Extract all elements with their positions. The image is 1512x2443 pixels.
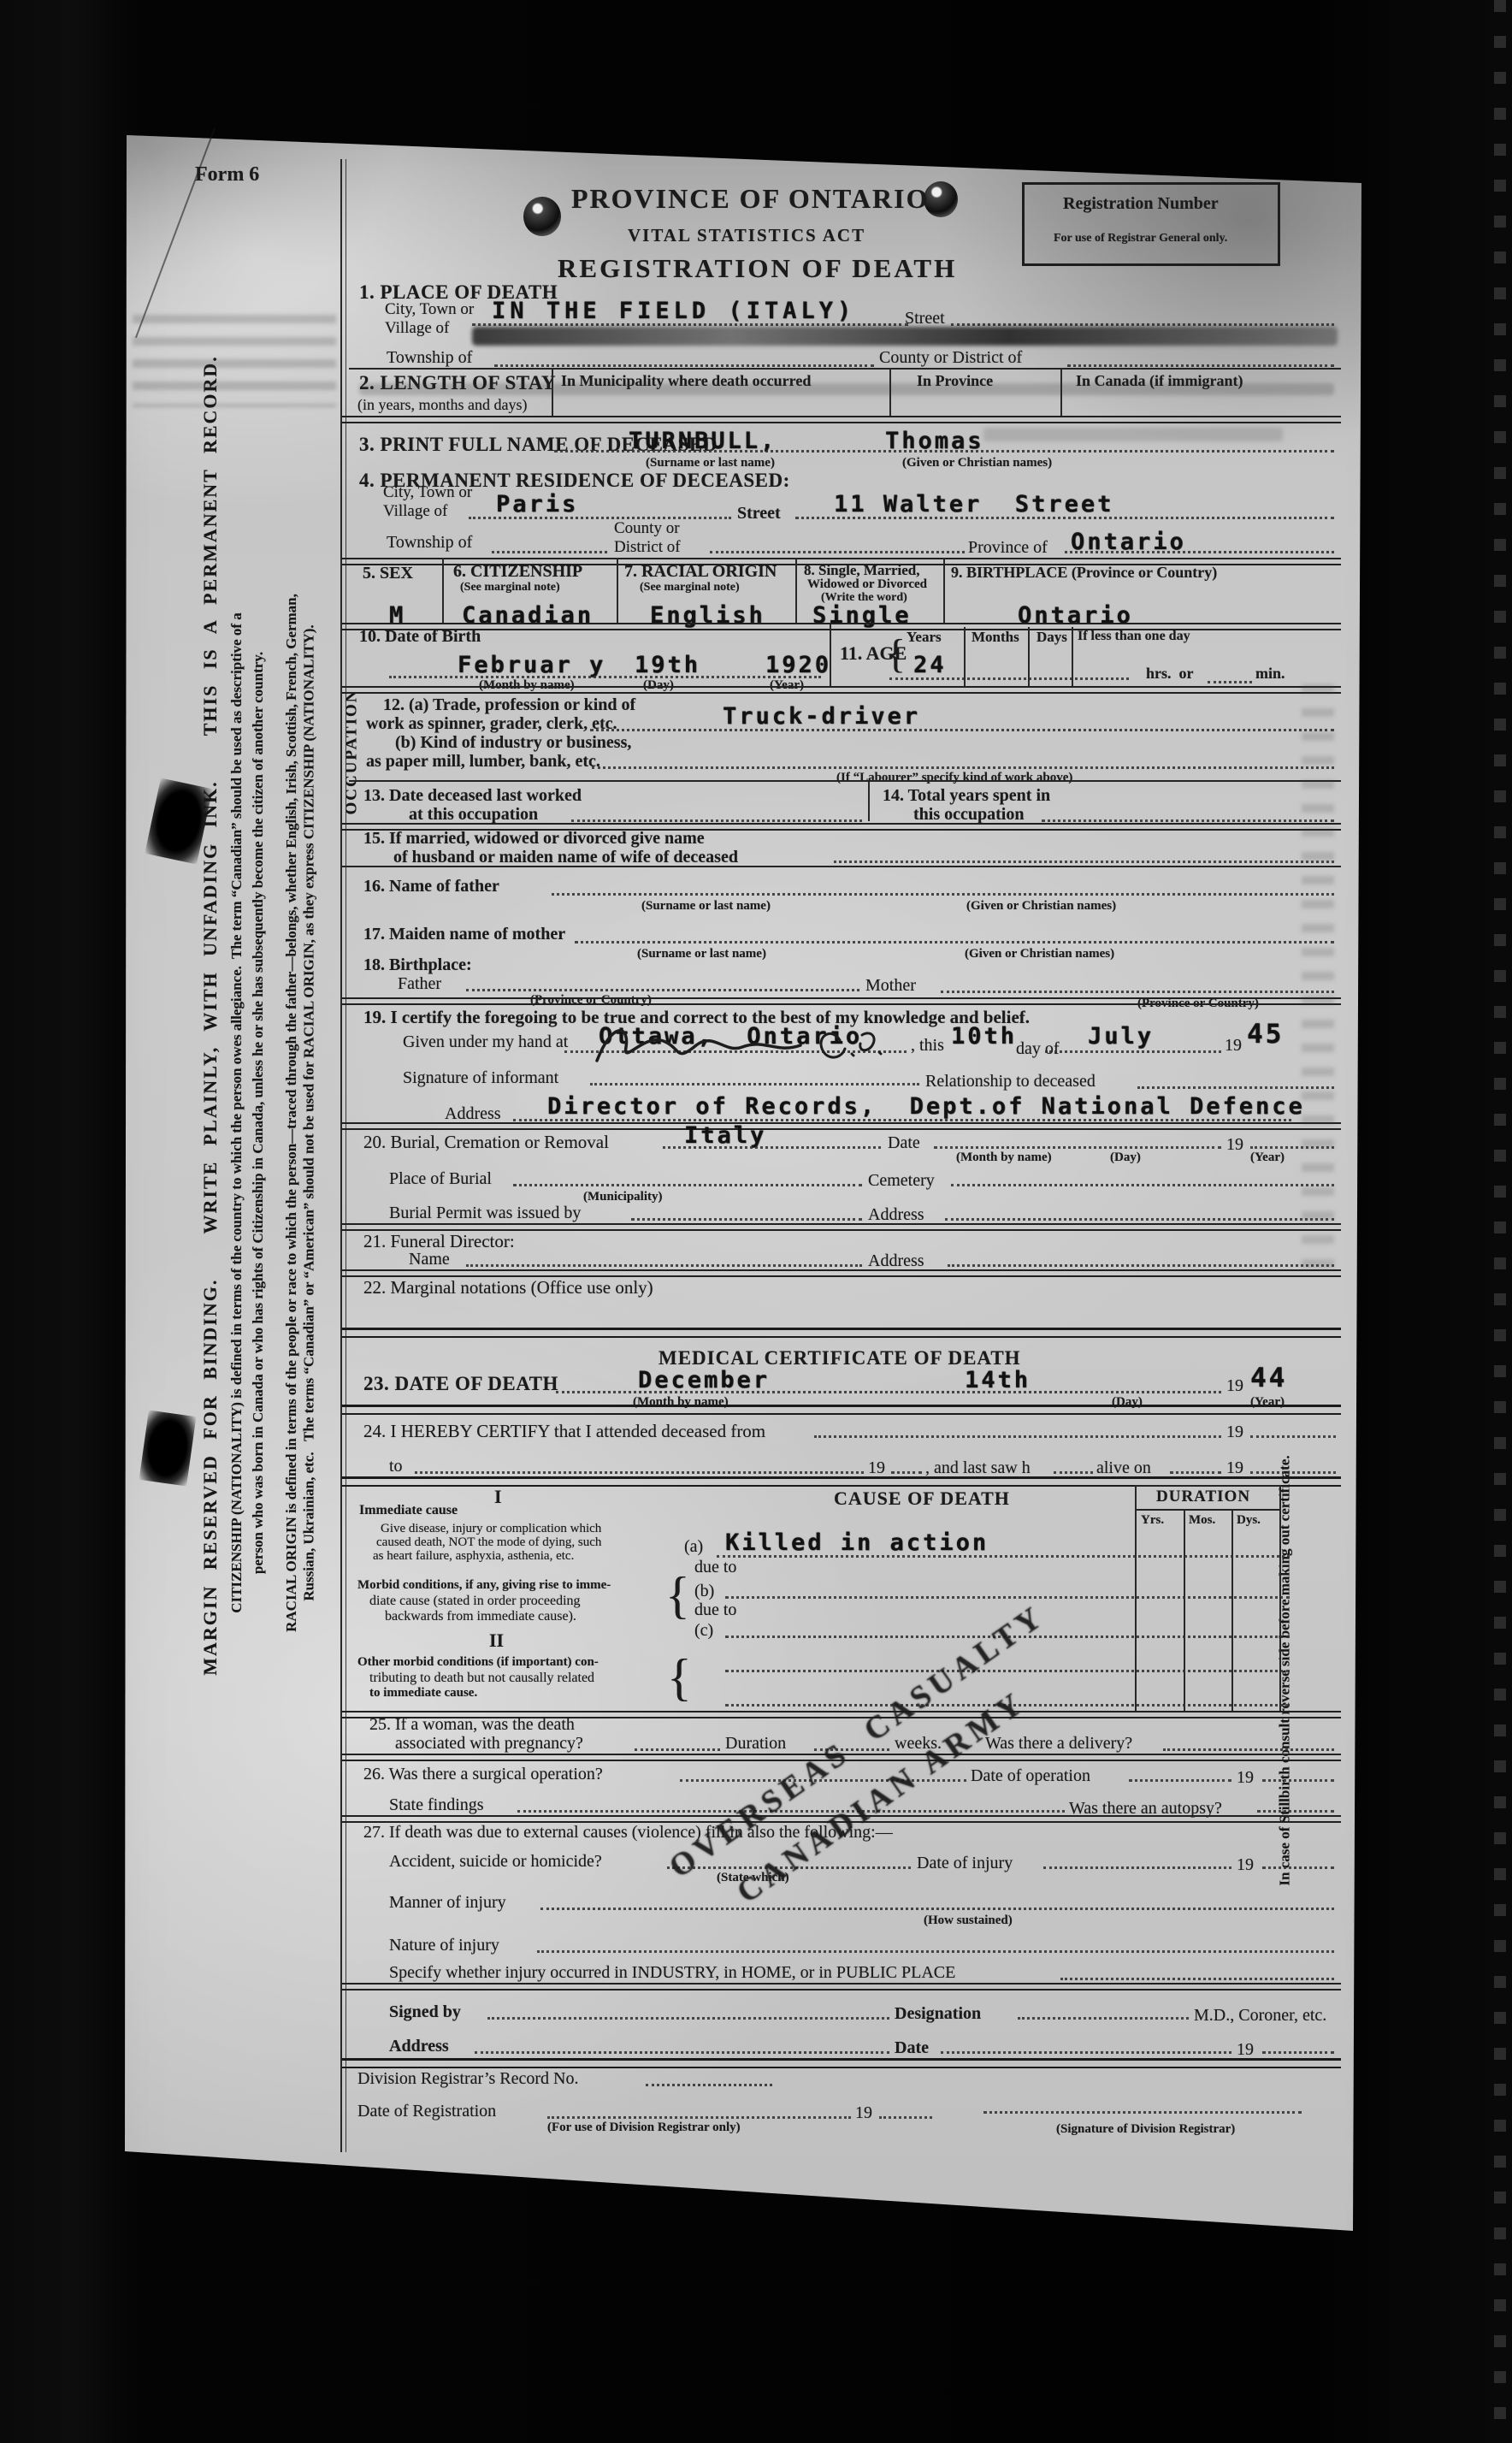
year-prefix: 19 — [1226, 1459, 1243, 1477]
column-divider — [617, 558, 618, 623]
cause-part2-label: II — [489, 1630, 504, 1650]
burial-date-label: Date — [888, 1134, 920, 1152]
marital-heading-2: Widowed or Divorced — [807, 578, 927, 592]
mother-name-label: 17. Maiden name of mother — [363, 926, 565, 943]
surgical-operation-label: 26. Was there a surgical operation? — [363, 1766, 603, 1783]
dotted-line — [891, 1471, 922, 1474]
signed-by-label: Signed by — [389, 2003, 461, 2021]
brace: { — [665, 1569, 690, 1623]
date-injury-label: Date of injury — [917, 1854, 1013, 1872]
dotted-line — [592, 766, 1334, 769]
racial-origin-note: (See marginal note) — [640, 582, 740, 594]
total-years-label-1: 14. Total years spent in — [883, 787, 1050, 805]
last-saw-label: , and last saw h — [925, 1459, 1031, 1477]
dotted-line — [889, 677, 1129, 680]
hereby-certify-label: 24. I HEREBY CERTIFY that I attended dec… — [363, 1422, 765, 1440]
informant-address-value: Director of Records, Dept.of National De… — [547, 1095, 1305, 1118]
microfilm-frame: MARGIN RESERVED FOR BINDING. WRITE PLAIN… — [0, 0, 1512, 2443]
permit-address-label: Address — [868, 1206, 924, 1224]
duration-dys-col: Dys. — [1237, 1514, 1261, 1528]
cause-a-label: (a) — [684, 1538, 703, 1556]
dotted-line — [717, 1555, 1290, 1558]
street-label: Street — [905, 310, 945, 328]
form-border-line — [346, 159, 346, 2152]
surname-caption: (Surname or last name) — [641, 900, 771, 914]
immediate-cause-note-3: as heart failure, asphyxia, asthenia, et… — [373, 1550, 574, 1564]
brace: { — [886, 633, 906, 676]
father-label: Father — [398, 975, 441, 993]
given-name-caption: (Given or Christian names) — [966, 900, 1116, 914]
dotted-line — [1129, 1779, 1231, 1782]
dotted-line — [646, 2084, 772, 2086]
rule — [342, 1223, 1341, 1231]
dotted-line — [635, 1748, 720, 1751]
trade-label-1: 12. (a) Trade, profession or kind of — [383, 696, 635, 714]
labourer-note: (If “Labourer” specify kind of work abov… — [836, 772, 1072, 785]
county-label-1: County or — [614, 520, 680, 537]
year-prefix: 19 — [1226, 1136, 1243, 1154]
date-of-death-heading: 23. DATE OF DEATH — [363, 1374, 558, 1394]
how-sustained-caption: (How sustained) — [924, 1914, 1013, 1928]
dotted-line — [1060, 1978, 1334, 1980]
industry-label-2: as paper mill, lumber, bank, etc. — [366, 753, 600, 771]
village-label: Village of — [383, 503, 447, 520]
dotted-line — [941, 2051, 1231, 2054]
dotted-line — [1262, 2051, 1334, 2054]
column-divider — [943, 558, 945, 623]
year-prefix: 19 — [855, 2104, 872, 2122]
age-value: 24 — [913, 654, 947, 677]
dotted-line — [1065, 551, 1334, 553]
dotted-line — [590, 729, 1334, 731]
bleed-smudge — [359, 383, 1334, 395]
bleed-smudge — [133, 315, 336, 407]
dotted-line — [466, 989, 859, 991]
citizenship-note: (See marginal note) — [460, 582, 560, 594]
surname-caption: (Surname or last name) — [646, 457, 775, 470]
other-morbid-note-3: to immediate cause. — [369, 1687, 477, 1701]
dotted-line — [537, 1950, 1334, 1953]
due-to-label: due to — [694, 1559, 736, 1576]
dotted-line — [983, 2111, 1302, 2114]
sex-heading: 5. SEX — [363, 565, 413, 583]
surname-value: TURNBULL, — [629, 429, 777, 453]
dotted-line — [1018, 2017, 1189, 2020]
birth-month-value: Februar y — [458, 654, 605, 677]
dotted-line — [575, 941, 1334, 943]
age-less-than-day-col: If less than one day — [1078, 630, 1190, 644]
bleed-smudge — [1302, 684, 1334, 1283]
duration-mos-col: Mos. — [1189, 1514, 1215, 1528]
immediate-cause-label: Immediate cause — [359, 1504, 458, 1518]
column-divider — [442, 558, 444, 623]
bleed-smudge — [472, 327, 1338, 346]
address-label: Address — [445, 1105, 501, 1123]
given-name-value: Thomas — [885, 429, 984, 453]
pregnancy-label-1: 25. If a woman, was the death — [369, 1716, 575, 1734]
certify-year-value: 45 — [1247, 1021, 1284, 1048]
column-divider — [830, 624, 831, 686]
dotted-line — [556, 1391, 1221, 1393]
dotted-line — [1250, 1471, 1336, 1474]
place-of-death-value: IN THE FIELD (ITALY) — [492, 299, 855, 322]
certify-month-value: July — [1088, 1025, 1154, 1048]
binding-margin-text: MARGIN RESERVED FOR BINDING. WRITE PLAIN… — [199, 355, 221, 1676]
last-worked-label-1: 13. Date deceased last worked — [363, 787, 582, 805]
year-prefix: 19 — [1225, 1037, 1242, 1055]
dotted-line — [494, 364, 874, 367]
dotted-line — [466, 1264, 862, 1267]
rule — [1135, 1509, 1279, 1511]
rule — [342, 1269, 1341, 1277]
funeral-name-label: Name — [409, 1251, 450, 1269]
dotted-line — [472, 323, 908, 326]
dotted-line — [492, 551, 607, 553]
death-month-value: December — [638, 1369, 770, 1392]
cause-part1-label: I — [494, 1487, 502, 1506]
rule — [342, 623, 1341, 630]
dotted-line — [1170, 1471, 1221, 1474]
dotted-line — [1257, 1810, 1334, 1813]
dotted-line — [945, 1218, 1334, 1221]
dotted-line — [1250, 1435, 1336, 1438]
rule — [342, 1405, 1341, 1415]
column-divider — [868, 782, 870, 821]
rule — [1135, 1485, 1279, 1487]
dotted-line — [710, 551, 965, 553]
grommet-icon — [523, 197, 561, 236]
dotted-line — [554, 450, 1334, 453]
place-of-burial-label: Place of Burial — [389, 1170, 492, 1188]
rule — [342, 866, 1341, 867]
residence-street-value: 11 Walter Street — [834, 493, 1113, 516]
form-border-line — [340, 159, 342, 2152]
age-days-col: Days — [1037, 630, 1067, 645]
burial-permit-label: Burial Permit was issued by — [389, 1204, 581, 1222]
rule — [342, 686, 1341, 694]
punch-hole — [139, 1411, 197, 1487]
street-label: Street — [737, 505, 781, 523]
alive-on-label: alive on — [1096, 1459, 1151, 1477]
date-label: Date — [895, 2039, 929, 2057]
age-months-col: Months — [972, 630, 1019, 645]
cemetery-label: Cemetery — [868, 1172, 935, 1190]
dotted-line — [631, 1218, 862, 1221]
surname-caption: (Surname or last name) — [637, 948, 766, 961]
birth-day-value: 19th — [635, 654, 700, 677]
manner-injury-label: Manner of injury — [389, 1894, 506, 1912]
accident-label: Accident, suicide or homicide? — [389, 1853, 602, 1871]
pregnancy-label-2: associated with pregnancy? — [395, 1735, 583, 1753]
dotted-line — [1262, 1779, 1334, 1782]
rule — [342, 1122, 1341, 1130]
dotted-line — [725, 1670, 1290, 1672]
date-registration-label: Date of Registration — [357, 2103, 496, 2121]
municipality-caption: (Municipality) — [583, 1191, 663, 1204]
form-number: Form 6 — [195, 164, 259, 186]
residence-province-value: Ontario — [1071, 530, 1186, 553]
province-label: Province of — [968, 539, 1048, 557]
dotted-line — [1067, 364, 1334, 367]
cause-c-label: (c) — [694, 1622, 713, 1640]
day-caption: (Day) — [1110, 1151, 1141, 1165]
dotted-line — [934, 1146, 1221, 1149]
father-name-label: 16. Name of father — [363, 878, 499, 896]
cause-a-value: Killed in action — [725, 1531, 989, 1554]
morbid-note-3: backwards from immediate cause). — [385, 1610, 576, 1624]
year-prefix: 19 — [1237, 2041, 1254, 2059]
other-morbid-note-1: Other morbid conditions (if important) c… — [357, 1656, 599, 1670]
given-name-caption: (Given or Christian names) — [965, 948, 1114, 961]
marginal-notations-label: 22. Marginal notations (Office use only) — [363, 1278, 653, 1297]
date-of-birth-heading: 10. Date of Birth — [359, 628, 481, 646]
dotted-line — [540, 1908, 1334, 1910]
province-title: PROVINCE OF ONTARIO — [571, 185, 929, 214]
funeral-director-heading: 21. Funeral Director: — [363, 1232, 515, 1251]
day-of-label: day of — [1016, 1040, 1060, 1058]
min-label: min. — [1255, 665, 1285, 682]
relationship-label: Relationship to deceased — [925, 1073, 1096, 1091]
age-years-col: Years — [907, 630, 942, 645]
pregnancy-duration-label: Duration — [725, 1735, 786, 1753]
dotted-line — [513, 1119, 1291, 1121]
dotted-line — [513, 1184, 862, 1186]
dotted-line — [948, 1264, 1334, 1267]
rule — [349, 780, 1341, 782]
township-label: Township of — [387, 534, 472, 552]
birthplace-label: 18. Birthplace: — [363, 956, 472, 974]
length-of-stay-sub: (in years, months and days) — [357, 397, 527, 413]
rule — [342, 2058, 1341, 2068]
immediate-cause-note-2: caused death, NOT the mode of dying, suc… — [376, 1536, 601, 1550]
column-divider — [1184, 1509, 1185, 1711]
morbid-note-1: Morbid conditions, if any, giving rise t… — [357, 1579, 611, 1593]
division-registrar-signature-caption: (Signature of Division Registrar) — [1056, 2123, 1235, 2137]
dotted-line — [834, 861, 1334, 863]
county-label-2: District of — [614, 539, 681, 556]
dotted-line — [795, 517, 1334, 519]
dotted-line — [725, 1596, 1290, 1599]
burial-heading: 20. Burial, Cremation or Removal — [363, 1133, 609, 1151]
signature-informant-label: Signature of informant — [403, 1069, 558, 1087]
dotted-line — [1054, 1471, 1093, 1474]
spouse-label-2: of husband or maiden name of wife of dec… — [393, 849, 738, 867]
to-label: to — [389, 1458, 403, 1476]
dotted-line — [814, 1435, 1221, 1438]
dotted-line — [469, 517, 731, 519]
registrar-general-note: For use of Registrar General only. — [1054, 233, 1227, 245]
division-record-label: Division Registrar’s Record No. — [357, 2070, 579, 2088]
burial-place-value: Italy — [684, 1124, 766, 1147]
certify-day-value: 10th — [951, 1025, 1017, 1048]
column-divider — [795, 558, 797, 623]
year-caption: (Year) — [1250, 1151, 1285, 1165]
birthplace-heading: 9. BIRTHPLACE (Province or Country) — [951, 565, 1217, 581]
industry-label-1: (b) Kind of industry or business, — [395, 734, 631, 752]
cause-b-label: (b) — [694, 1582, 714, 1600]
dotted-line — [951, 323, 1334, 326]
death-year-value: 44 — [1250, 1365, 1287, 1392]
last-worked-label-2: at this occupation — [409, 806, 538, 824]
division-registrar-use-caption: (For use of Division Registrar only) — [547, 2121, 741, 2135]
due-to-label: due to — [694, 1601, 736, 1619]
designation-label: Designation — [895, 2005, 981, 2023]
address-label: Address — [389, 2038, 449, 2056]
village-label: Village of — [385, 320, 449, 337]
rule — [342, 416, 1341, 423]
registration-number-label: Registration Number — [1063, 195, 1219, 213]
duration-title: DURATION — [1156, 1488, 1250, 1505]
dotted-line — [552, 893, 1334, 896]
birth-year-value: 1920 — [765, 654, 831, 677]
dotted-line — [663, 1146, 881, 1149]
dotted-line — [590, 1083, 919, 1085]
rule — [342, 1983, 1341, 1990]
state-findings-label: State findings — [389, 1796, 484, 1814]
mother-label: Mother — [865, 977, 916, 995]
hrs-label: hrs. or — [1146, 665, 1194, 682]
rule — [342, 997, 1341, 1005]
marital-heading-1: 8. Single, Married, — [804, 563, 920, 578]
dotted-line — [879, 2116, 932, 2119]
trade-value: Truck-driver — [723, 705, 920, 728]
cause-of-death-title: CAUSE OF DEATH — [834, 1488, 1010, 1508]
racial-origin-heading: 7. RACIAL ORIGIN — [624, 563, 777, 581]
dotted-line — [1045, 1050, 1221, 1053]
dotted-line — [1208, 681, 1252, 683]
township-label: Township of — [387, 349, 472, 367]
total-years-label-2: this occupation — [913, 806, 1024, 824]
funeral-address-label: Address — [868, 1252, 924, 1270]
signature-scribble — [590, 1011, 924, 1080]
dotted-line — [941, 991, 1334, 993]
medical-certificate-title: MEDICAL CERTIFICATE OF DEATH — [659, 1348, 1021, 1369]
date-operation-label: Date of operation — [971, 1767, 1090, 1785]
rule — [349, 368, 1341, 370]
dotted-line — [547, 2116, 851, 2119]
year-prefix: 19 — [868, 1459, 885, 1477]
city-town-label: City, Town or — [383, 484, 472, 501]
dotted-line — [571, 819, 862, 822]
death-day-value: 14th — [965, 1369, 1031, 1392]
film-edge-marks — [1494, 0, 1506, 2443]
delivery-label: Was there a delivery? — [985, 1735, 1132, 1753]
dotted-line — [1163, 1748, 1334, 1751]
year-prefix: 19 — [1237, 1856, 1254, 1874]
dotted-line — [415, 1471, 864, 1474]
md-coroner-label: M.D., Coroner, etc. — [1194, 2007, 1326, 2025]
dotted-line — [389, 676, 821, 678]
morbid-note-2: diate cause (stated in order proceeding — [369, 1594, 581, 1609]
dotted-line — [1042, 819, 1334, 822]
other-morbid-note-2: tributing to death but not causally rela… — [369, 1671, 594, 1686]
dotted-line — [475, 2051, 889, 2054]
spouse-label-1: 15. If married, widowed or divorced give… — [363, 830, 705, 848]
given-under-hand-label: Given under my hand at — [403, 1033, 568, 1051]
racial-origin-note-text2: Russian, Ukrainian, etc. The terms “Cana… — [301, 624, 318, 1600]
dotted-line — [487, 2017, 889, 2020]
specify-place-label: Specify whether injury occurred in INDUS… — [389, 1964, 955, 1982]
citizenship-heading: 6. CITIZENSHIP — [453, 563, 582, 581]
rule — [342, 1328, 1341, 1338]
dotted-line — [1262, 1866, 1334, 1869]
immediate-cause-note-1: Give disease, injury or complication whi… — [381, 1523, 601, 1536]
county-district-label: County or District of — [879, 349, 1022, 367]
act-title: VITAL STATISTICS ACT — [628, 226, 865, 245]
bleed-smudge — [983, 428, 1283, 441]
doc-title: REGISTRATION OF DEATH — [558, 255, 957, 283]
month-caption: (Month by name) — [956, 1151, 1052, 1165]
column-divider — [1231, 1509, 1233, 1711]
residence-city-value: Paris — [496, 493, 578, 516]
duration-yrs-col: Yrs. — [1141, 1514, 1164, 1528]
year-prefix: 19 — [1226, 1377, 1243, 1395]
dotted-line — [951, 1184, 1334, 1186]
nature-injury-label: Nature of injury — [389, 1937, 499, 1955]
year-prefix: 19 — [1226, 1423, 1243, 1441]
city-town-label: City, Town or — [385, 301, 474, 318]
dotted-line — [1043, 1866, 1231, 1869]
brace: { — [667, 1651, 692, 1705]
trade-label-2: work as spinner, grader, clerk, etc. — [366, 715, 617, 733]
given-name-caption: (Given or Christian names) — [902, 457, 1052, 470]
year-prefix: 19 — [1237, 1769, 1254, 1787]
